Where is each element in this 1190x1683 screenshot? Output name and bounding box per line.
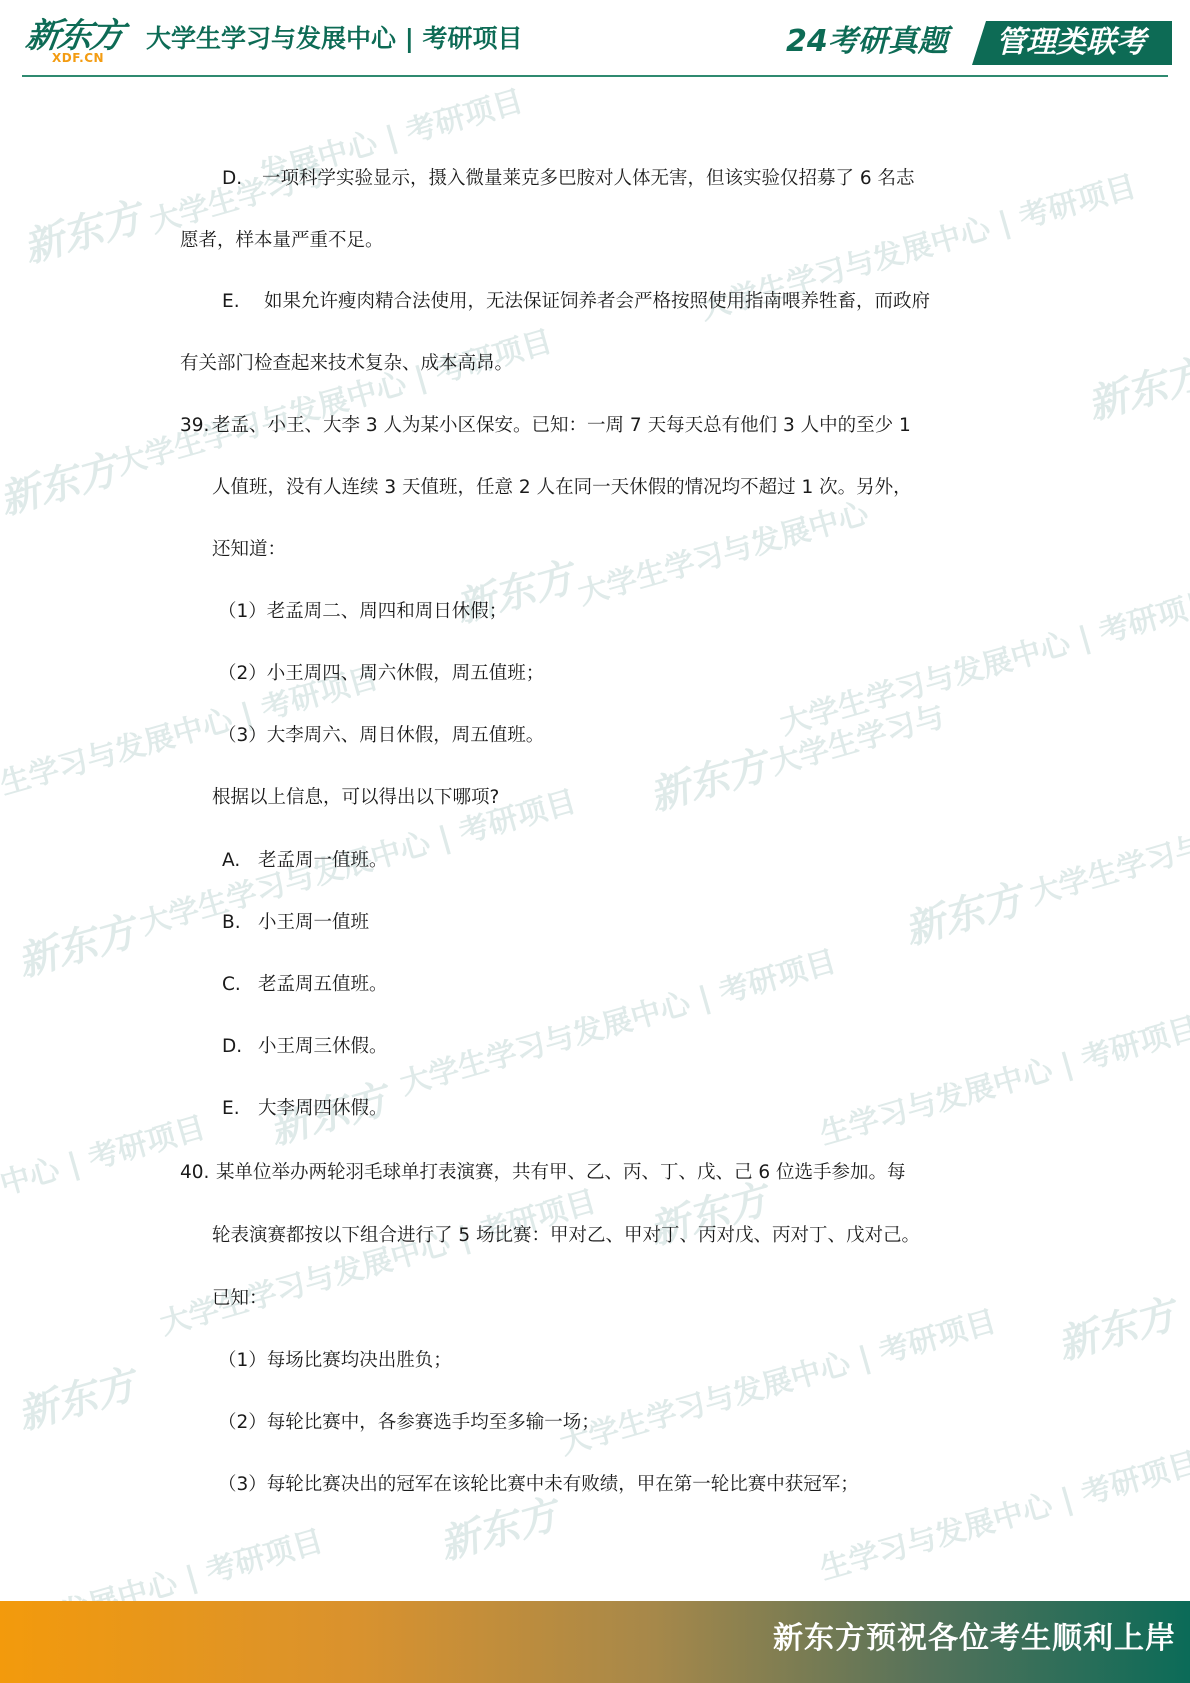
q39-option-b: B.小王周一值班	[222, 910, 369, 936]
q40-condition-1: （1）每场比赛均决出胜负；	[218, 1348, 452, 1374]
question-stem-text: 老孟、小王、大李 3 人为某小区保安。已知：一周 7 天每天总有他们 3 人中的…	[212, 415, 911, 436]
q39-condition-3: （3）大李周六、周日休假，周五值班。	[218, 723, 544, 749]
q39-condition-1: （1）老孟周二、周四和周日休假；	[218, 599, 507, 625]
page-footer-banner: 新东方预祝各位考生顺利上岸	[0, 1601, 1190, 1683]
q39-stem-line2: 人值班，没有人连续 3 天值班，任意 2 人在同一天休假的情况均不超过 1 次。…	[212, 475, 912, 501]
prev-option-d: D.一项科学实验显示，摄入微量莱克多巴胺对人体无害，但该实验仅招募了 6 名志	[222, 166, 915, 192]
q39-prompt: 根据以上信息，可以得出以下哪项?	[212, 785, 499, 811]
option-label: E.	[222, 289, 264, 315]
q40-condition-3: （3）每轮比赛决出的冠军在该轮比赛中未有败绩，甲在第一轮比赛中获冠军；	[218, 1472, 859, 1498]
question-number: 40.	[180, 1160, 216, 1186]
option-label: D.	[222, 166, 262, 192]
option-label: B.	[222, 910, 258, 936]
q39-option-e: E.大李周四休假。	[222, 1096, 388, 1122]
q39-condition-2: （2）小王周四、周六休假，周五值班；	[218, 661, 544, 687]
prev-option-e-cont: 有关部门检查起来技术复杂、成本高昂。	[180, 351, 513, 377]
q40-stem-line1: 40.某单位举办两轮羽毛球单打表演赛，共有甲、乙、丙、丁、戊、己 6 位选手参加…	[180, 1160, 906, 1186]
option-label: D.	[222, 1034, 258, 1060]
q39-option-c: C.老孟周五值班。	[222, 972, 388, 998]
option-label: A.	[222, 848, 258, 874]
option-text: 一项科学实验显示，摄入微量莱克多巴胺对人体无害，但该实验仅招募了 6 名志	[262, 168, 915, 189]
question-number: 39.	[180, 413, 212, 439]
prev-option-d-cont: 愿者，样本量严重不足。	[180, 228, 384, 254]
option-text: 小王周三休假。	[258, 1036, 388, 1057]
option-text: 大李周四休假。	[258, 1098, 388, 1119]
option-text: 小王周一值班	[258, 912, 369, 933]
question-stem-text: 某单位举办两轮羽毛球单打表演赛，共有甲、乙、丙、丁、戊、己 6 位选手参加。每	[216, 1162, 906, 1183]
q39-option-d: D.小王周三休假。	[222, 1034, 388, 1060]
option-text: 老孟周五值班。	[258, 974, 388, 995]
document-body: D.一项科学实验显示，摄入微量莱克多巴胺对人体无害，但该实验仅招募了 6 名志 …	[0, 0, 1190, 1683]
footer-slogan: 新东方预祝各位考生顺利上岸	[773, 1619, 1176, 1659]
q39-stem-line1: 39.老孟、小王、大李 3 人为某小区保安。已知：一周 7 天每天总有他们 3 …	[180, 413, 911, 439]
option-label: E.	[222, 1096, 258, 1122]
option-label: C.	[222, 972, 258, 998]
q39-stem-line3: 还知道：	[212, 537, 286, 563]
q39-option-a: A.老孟周一值班。	[222, 848, 388, 874]
q40-stem-line3: 已知：	[212, 1286, 268, 1312]
option-text: 老孟周一值班。	[258, 850, 388, 871]
q40-condition-2: （2）每轮比赛中，各参赛选手均至多输一场；	[218, 1410, 600, 1436]
prev-option-e: E.如果允许瘦肉精合法使用，无法保证饲养者会严格按照使用指南喂养牲畜，而政府	[222, 289, 930, 315]
option-text: 如果允许瘦肉精合法使用，无法保证饲养者会严格按照使用指南喂养牲畜，而政府	[264, 291, 930, 312]
q40-stem-line2: 轮表演赛都按以下组合进行了 5 场比赛：甲对乙、甲对丁、丙对戊、丙对丁、戊对己。	[212, 1223, 920, 1249]
